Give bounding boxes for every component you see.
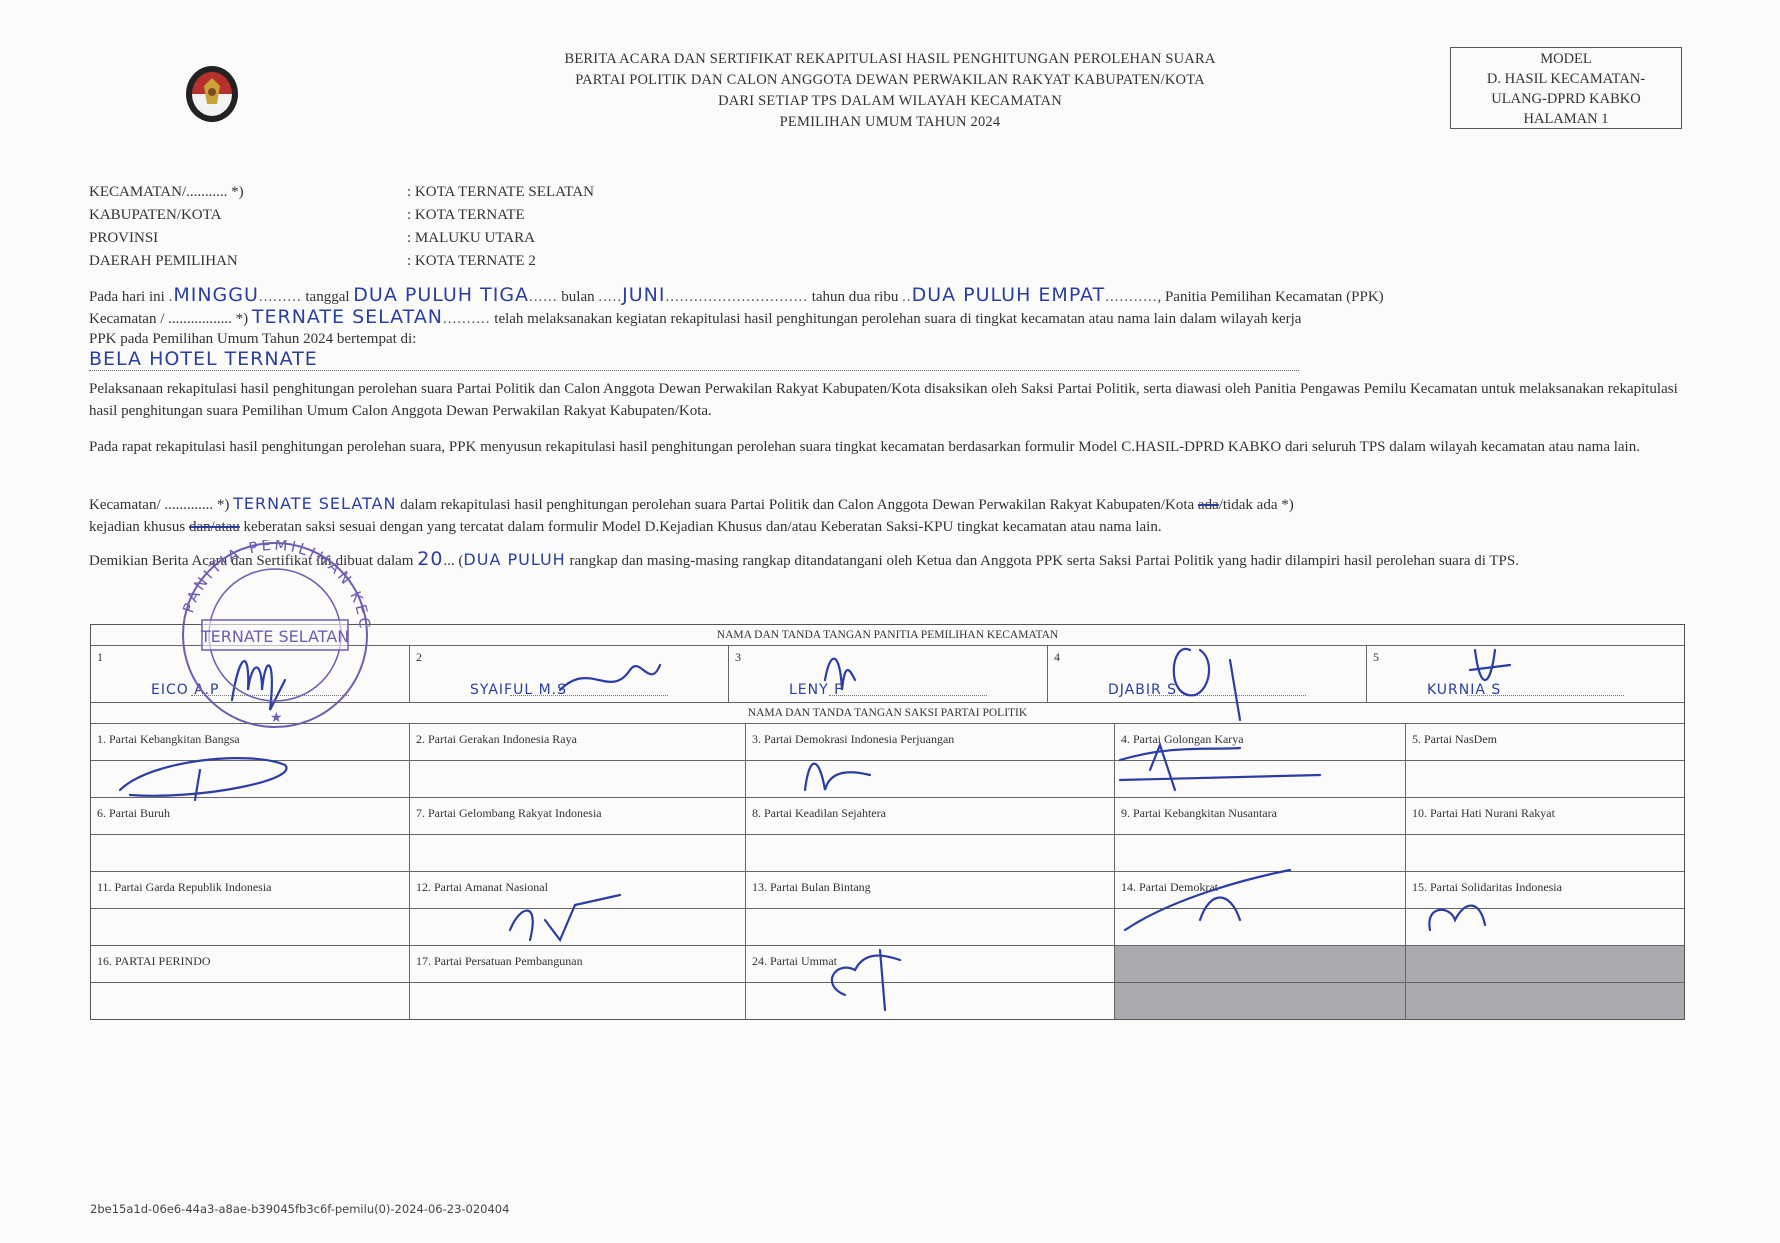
saksi-section-title: NAMA DAN TANDA TANGAN SAKSI PARTAI POLIT… bbox=[91, 703, 1684, 723]
struck-option-dan-atau: dan/atau bbox=[189, 519, 240, 535]
handwritten-kecamatan: TERNATE SELATAN bbox=[252, 306, 443, 328]
ppk-member-2: 2SYAIFUL M.S bbox=[410, 646, 729, 702]
ppk-member-5: 5KURNIA S bbox=[1367, 646, 1684, 702]
party-label-row: 1. Partai Kebangkitan Bangsa2. Partai Ge… bbox=[91, 724, 1684, 761]
static-text: dalam rekapitulasi hasil penghitungan pe… bbox=[396, 497, 1197, 513]
static-text: Demikian Berita Acara dan Sertifikat ini… bbox=[89, 553, 417, 569]
member-name: KURNIA S bbox=[1427, 682, 1501, 698]
member-name: EICO A.P bbox=[151, 682, 219, 698]
party-signature-box bbox=[746, 835, 1115, 871]
party-label: 11. Partai Garda Republik Indonesia bbox=[91, 872, 410, 908]
model-label: MODEL bbox=[1451, 49, 1681, 69]
party-label: 13. Partai Bulan Bintang bbox=[746, 872, 1115, 908]
party-signature-box bbox=[91, 983, 410, 1019]
party-label: 12. Partai Amanat Nasional bbox=[410, 872, 746, 908]
document-title: BERITA ACARA DAN SERTIFIKAT REKAPITULASI… bbox=[480, 49, 1300, 133]
party-signature-box bbox=[91, 909, 410, 945]
party-label: 4. Partai Golongan Karya bbox=[1115, 724, 1406, 760]
handwritten-copy-count-words: DUA PULUH bbox=[463, 550, 565, 569]
ppk-section-title: NAMA DAN TANDA TANGAN PANITIA PEMILIHAN … bbox=[91, 625, 1684, 645]
opening-line-3: PPK pada Pemilihan Umum Tahun 2024 berte… bbox=[89, 328, 416, 350]
shaded-empty-cell bbox=[1406, 983, 1684, 1019]
meta-row-provinsi: PROVINSI : MALUKU UTARA bbox=[89, 230, 594, 253]
member-name: SYAIFUL M.S bbox=[470, 682, 567, 698]
party-label: 14. Partai Demokrat bbox=[1115, 872, 1406, 908]
shaded-empty-cell bbox=[1115, 946, 1406, 982]
meta-label: KABUPATEN/KOTA bbox=[89, 207, 407, 230]
model-line-3: ULANG-DPRD KABKO bbox=[1451, 89, 1681, 109]
party-signature-box bbox=[1115, 761, 1406, 797]
meta-label: KECAMATAN/........... *) bbox=[89, 184, 407, 207]
meta-label: PROVINSI bbox=[89, 230, 407, 253]
member-number: 5 bbox=[1373, 650, 1379, 664]
ppk-members-row: 1EICO A.P 2SYAIFUL M.S 3LENY F 4DJABIR S… bbox=[91, 646, 1684, 703]
ppk-member-1: 1EICO A.P bbox=[91, 646, 410, 702]
static-text: tanggal bbox=[302, 289, 354, 305]
party-signature-box bbox=[1115, 835, 1406, 871]
title-line-4: PEMILIHAN UMUM TAHUN 2024 bbox=[480, 112, 1300, 133]
handwritten-date: DUA PULUH TIGA bbox=[353, 284, 529, 306]
meta-row-kecamatan: KECAMATAN/........... *) : KOTA TERNATE … bbox=[89, 184, 594, 207]
meta-value: : KOTA TERNATE 2 bbox=[407, 253, 536, 276]
model-line-2: D. HASIL KECAMATAN- bbox=[1451, 69, 1681, 89]
paragraph-special-events: Kecamatan/ ............. *) TERNATE SELA… bbox=[89, 493, 1689, 538]
party-signature-box bbox=[410, 761, 746, 797]
handwritten-kecamatan-2: TERNATE SELATAN bbox=[233, 494, 396, 513]
party-signature-box bbox=[410, 909, 746, 945]
struck-option-ada: ada bbox=[1198, 497, 1219, 513]
shaded-empty-cell bbox=[1115, 983, 1406, 1019]
document-id: 2be15a1d-06e6-44a3-a8ae-b39045fb3c6f-pem… bbox=[90, 1202, 509, 1216]
meta-value: : KOTA TERNATE SELATAN bbox=[407, 184, 594, 207]
static-text: telah melaksanakan kegiatan rekapitulasi… bbox=[491, 311, 1302, 327]
party-label: 10. Partai Hati Nurani Rakyat bbox=[1406, 798, 1684, 834]
static-text: Kecamatan/ ............. *) bbox=[89, 497, 233, 513]
party-label-row: 6. Partai Buruh7. Partai Gelombang Rakya… bbox=[91, 798, 1684, 835]
party-signature-row bbox=[91, 761, 1684, 798]
party-rows: 1. Partai Kebangkitan Bangsa2. Partai Ge… bbox=[91, 724, 1684, 1019]
party-label-row: 16. PARTAI PERINDO17. Partai Persatuan P… bbox=[91, 946, 1684, 983]
party-label: 17. Partai Persatuan Pembangunan bbox=[410, 946, 746, 982]
handwritten-year: DUA PULUH EMPAT bbox=[912, 284, 1106, 306]
party-signature-box bbox=[1406, 761, 1684, 797]
static-text: ... ( bbox=[443, 553, 463, 569]
paragraph-implementation: Pelaksanaan rekapitulasi hasil penghitun… bbox=[89, 378, 1689, 422]
handwritten-day: MINGGU bbox=[173, 284, 259, 306]
document-page: BERITA ACARA DAN SERTIFIKAT REKAPITULASI… bbox=[0, 0, 1780, 1243]
venue-line: BELA HOTEL TERNATE bbox=[89, 348, 1299, 371]
member-number: 4 bbox=[1054, 650, 1060, 664]
party-label: 16. PARTAI PERINDO bbox=[91, 946, 410, 982]
ppk-member-3: 3LENY F bbox=[729, 646, 1048, 702]
signature-table: NAMA DAN TANDA TANGAN PANITIA PEMILIHAN … bbox=[90, 624, 1685, 1020]
meta-value: : MALUKU UTARA bbox=[407, 230, 535, 253]
party-signature-row bbox=[91, 909, 1684, 946]
static-text: tahun dua ribu bbox=[808, 289, 902, 305]
region-info: KECAMATAN/........... *) : KOTA TERNATE … bbox=[89, 184, 594, 276]
opening-line-1: Pada hari ini .MINGGU......... tanggal D… bbox=[89, 284, 1689, 308]
party-signature-box bbox=[746, 761, 1115, 797]
paragraph-recap-meeting: Pada rapat rekapitulasi hasil penghitung… bbox=[89, 436, 1689, 458]
ppk-banner-row: NAMA DAN TANDA TANGAN PANITIA PEMILIHAN … bbox=[91, 625, 1684, 646]
party-label: 9. Partai Kebangkitan Nusantara bbox=[1115, 798, 1406, 834]
member-number: 1 bbox=[97, 650, 103, 664]
member-number: 2 bbox=[416, 650, 422, 664]
party-label: 7. Partai Gelombang Rakyat Indonesia bbox=[410, 798, 746, 834]
party-signature-box bbox=[91, 761, 410, 797]
party-signature-box bbox=[410, 983, 746, 1019]
meta-label: DAERAH PEMILIHAN bbox=[89, 253, 407, 276]
party-signature-box bbox=[91, 835, 410, 871]
party-signature-box bbox=[746, 983, 1115, 1019]
party-label: 6. Partai Buruh bbox=[91, 798, 410, 834]
static-text: kejadian khusus bbox=[89, 519, 189, 535]
party-signature-row bbox=[91, 835, 1684, 872]
party-signature-box bbox=[1406, 835, 1684, 871]
party-label-row: 11. Partai Garda Republik Indonesia12. P… bbox=[91, 872, 1684, 909]
kpu-logo-icon bbox=[184, 64, 240, 124]
opening-line-2: Kecamatan / ................. *) TERNATE… bbox=[89, 306, 1689, 330]
ppk-member-4: 4DJABIR S bbox=[1048, 646, 1367, 702]
member-name: DJABIR S bbox=[1108, 682, 1177, 698]
party-signature-box bbox=[1115, 909, 1406, 945]
party-signature-row bbox=[91, 983, 1684, 1019]
model-code-box: MODEL D. HASIL KECAMATAN- ULANG-DPRD KAB… bbox=[1450, 47, 1682, 129]
party-label: 1. Partai Kebangkitan Bangsa bbox=[91, 724, 410, 760]
party-label: 5. Partai NasDem bbox=[1406, 724, 1684, 760]
meta-value: : KOTA TERNATE bbox=[407, 207, 525, 230]
party-signature-box bbox=[410, 835, 746, 871]
static-text: bulan bbox=[558, 289, 599, 305]
handwritten-copy-count: 20 bbox=[417, 548, 443, 570]
handwritten-venue: BELA HOTEL TERNATE bbox=[89, 348, 318, 370]
static-text: Pada hari ini bbox=[89, 289, 169, 305]
party-label: 24. Partai Ummat bbox=[746, 946, 1115, 982]
member-name: LENY F bbox=[789, 682, 843, 698]
shaded-empty-cell bbox=[1406, 946, 1684, 982]
meta-row-dapil: DAERAH PEMILIHAN : KOTA TERNATE 2 bbox=[89, 253, 594, 276]
paragraph-closing: Demikian Berita Acara dan Sertifikat ini… bbox=[89, 548, 1689, 572]
member-number: 3 bbox=[735, 650, 741, 664]
title-line-1: BERITA ACARA DAN SERTIFIKAT REKAPITULASI… bbox=[480, 49, 1300, 70]
party-label: 2. Partai Gerakan Indonesia Raya bbox=[410, 724, 746, 760]
static-text: keberatan saksi sesuai dengan yang terca… bbox=[240, 519, 1162, 535]
party-label: 15. Partai Solidaritas Indonesia bbox=[1406, 872, 1684, 908]
title-line-3: DARI SETIAP TPS DALAM WILAYAH KECAMATAN bbox=[480, 91, 1300, 112]
title-line-2: PARTAI POLITIK DAN CALON ANGGOTA DEWAN P… bbox=[480, 70, 1300, 91]
static-text: , Panitia Pemilihan Kecamatan (PPK) bbox=[1157, 289, 1383, 305]
party-signature-box bbox=[1406, 909, 1684, 945]
party-label: 3. Partai Demokrasi Indonesia Perjuangan bbox=[746, 724, 1115, 760]
static-text: /tidak ada *) bbox=[1219, 497, 1294, 513]
meta-row-kabupaten: KABUPATEN/KOTA : KOTA TERNATE bbox=[89, 207, 594, 230]
static-text: Kecamatan / ................. *) bbox=[89, 311, 252, 327]
saksi-banner-row: NAMA DAN TANDA TANGAN SAKSI PARTAI POLIT… bbox=[91, 703, 1684, 724]
party-signature-box bbox=[746, 909, 1115, 945]
handwritten-month: JUNI bbox=[622, 284, 665, 306]
page-number: HALAMAN 1 bbox=[1451, 109, 1681, 129]
party-label: 8. Partai Keadilan Sejahtera bbox=[746, 798, 1115, 834]
static-text: rangkap dan masing-masing rangkap ditand… bbox=[566, 553, 1519, 569]
